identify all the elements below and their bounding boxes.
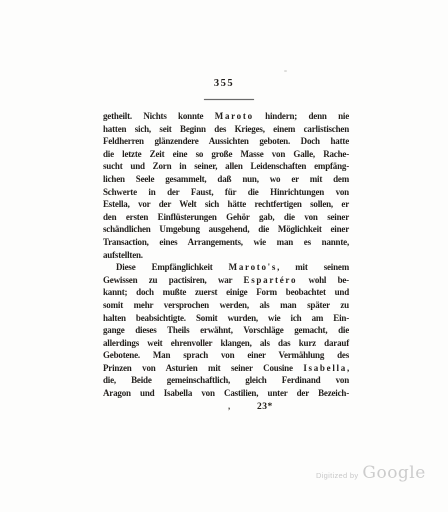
text-line: somit mehr versprochen werden, als man s… <box>103 299 349 312</box>
text-line: die, Beide gemeinschaftlich, gleich Ferd… <box>103 374 349 387</box>
letterspaced-name: Maroto's <box>229 262 277 272</box>
digitization-watermark: Digitized by Google <box>316 463 426 483</box>
text-line: hatten sich, seit Beginn des Krieges, ei… <box>103 123 349 136</box>
text-line: kannt; doch mußte zuerst einige Form beo… <box>103 286 349 299</box>
text-line: Gebotene. Man sprach von einer Vermählun… <box>103 349 349 362</box>
text-line: den ersten Einflüsterungen Gehör gab, di… <box>103 211 349 224</box>
text-line: Transaction, eines Arrangements, wie man… <box>103 236 349 249</box>
letterspaced-name: Maroto <box>215 111 254 121</box>
text-line: Diese Empfänglichkeit Maroto's, mit sein… <box>103 261 349 274</box>
scan-speck <box>284 70 287 72</box>
text-line: gange dieses Theils erwähnt, Vorschläge … <box>103 324 349 337</box>
stray-comma-mark: , <box>228 401 230 411</box>
watermark-prefix: Digitized by <box>316 471 358 480</box>
text-line: Gewissen zu pactisiren, war Espartéro wo… <box>103 274 349 287</box>
text-line: lichen Seele gesammelt, daß nun, wo er m… <box>103 173 349 186</box>
scanned-book-page: 355 getheilt. Nichts konnte Maroto hinde… <box>0 0 448 512</box>
text-line: die letzte Zeit eine so große Masse von … <box>103 148 349 161</box>
text-line: Prinzen von Asturien mit seiner Cousine … <box>103 362 349 375</box>
signature-mark: 23* <box>257 402 273 412</box>
text-line: schändlichen Umgebung ausgehend, die Mög… <box>103 223 349 236</box>
text-line: allerdings weit ehrenvoller klangen, als… <box>103 337 349 350</box>
text-line: aufstellten. <box>103 249 349 262</box>
text-line: halten beabsichtigte. Somit wurden, wie … <box>103 312 349 325</box>
text-line: Feldherren glänzendere Aussichten gebote… <box>103 135 349 148</box>
letterspaced-name: Espartéro <box>244 275 298 285</box>
text-line: getheilt. Nichts konnte Maroto hindern; … <box>103 110 349 123</box>
text-line: sucht und Zorn in seiner, allen Leidensc… <box>103 160 349 173</box>
page-number-rule <box>204 99 254 100</box>
text-line: Estella, vor der Welt sich hätte rechtfe… <box>103 198 349 211</box>
page-number: 355 <box>0 78 448 89</box>
google-logo: Google <box>362 463 425 483</box>
text-line: Schwerte in der Faust, für die Hinrichtu… <box>103 186 349 199</box>
letterspaced-name: Isabella <box>303 363 347 373</box>
text-block: getheilt. Nichts konnte Maroto hindern; … <box>103 110 349 400</box>
text-line: Aragon und Isabella von Castilien, unter… <box>103 387 349 400</box>
